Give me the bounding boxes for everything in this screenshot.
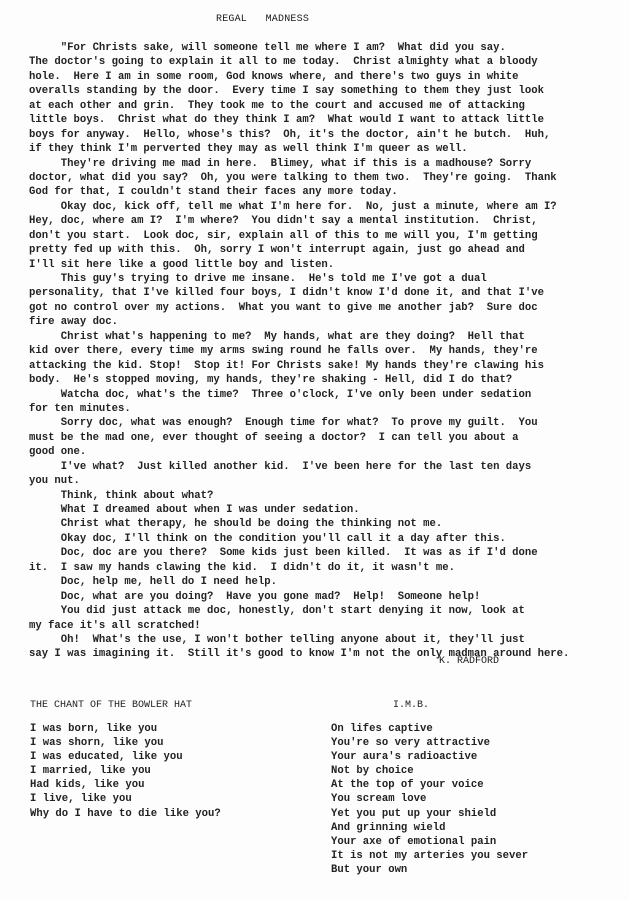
story-line: pretty fed up with this. Oh, sorry I won… [29,243,629,257]
poem-left-line: I live, like you [30,792,221,806]
poem-right-line: And grinning wield [331,821,528,835]
story-line: Doc, help me, hell do I need help. [29,575,629,589]
poem-left-line: Why do I have to die like you? [30,807,221,821]
story-line: Sorry doc, what was enough? Enough time … [29,416,629,430]
poem-right-line: Yet you put up your shield [331,807,528,821]
story-line: hole. Here I am in some room, God knows … [29,70,629,84]
story-line: at each other and grin. They took me to … [29,99,629,113]
story-line: Think, think about what? [29,489,629,503]
story-title: REGAL MADNESS [216,14,309,25]
poem-left-line: I was educated, like you [30,750,221,764]
poem-right-title: I.M.B. [393,700,429,711]
story-body: "For Christs sake, will someone tell me … [29,41,629,662]
story-line: Oh! What's the use, I won't bother telli… [29,633,629,647]
poem-right-line: Not by choice [331,764,528,778]
story-line: The doctor's going to explain it all to … [29,55,629,69]
poem-right-line: You're so very attractive [331,736,528,750]
story-line: "For Christs sake, will someone tell me … [29,41,629,55]
story-line: kid over there, every time my arms swing… [29,344,629,358]
poem-left-line: I was shorn, like you [30,736,221,750]
story-line: fire away doc. [29,315,629,329]
story-line: Okay doc, I'll think on the condition yo… [29,532,629,546]
story-line: This guy's trying to drive me insane. He… [29,272,629,286]
story-line: Hey, doc, where am I? I'm where? You did… [29,214,629,228]
story-line: you nut. [29,474,629,488]
story-line: good one. [29,445,629,459]
story-line: my face it's all scratched! [29,619,629,633]
story-line: Christ what therapy, he should be doing … [29,517,629,531]
poem-right-line: At the top of your voice [331,778,528,792]
story-line: say I was imagining it. Still it's good … [29,647,629,661]
story-line: attacking the kid. Stop! Stop it! For Ch… [29,359,629,373]
poem-left-line: I married, like you [30,764,221,778]
story-line: for ten minutes. [29,402,629,416]
poem-right-body: On lifes captiveYou're so very attractiv… [331,722,528,877]
poem-left-body: I was born, like youI was shorn, like yo… [30,722,221,821]
story-line: little boys. Christ what do they think I… [29,113,629,127]
author-signature: K. RADFORD [439,656,499,667]
story-line: overalls standing by the door. Every tim… [29,84,629,98]
story-line: it. I saw my hands clawing the kid. I di… [29,561,629,575]
story-line: I'll sit here like a good little boy and… [29,258,629,272]
poem-left-title: THE CHANT OF THE BOWLER HAT [30,700,192,711]
story-line: Doc, doc are you there? Some kids just b… [29,546,629,560]
story-line: boys for anyway. Hello, whose's this? Oh… [29,128,629,142]
poem-left-line: Had kids, like you [30,778,221,792]
story-line: must be the mad one, ever thought of see… [29,431,629,445]
story-line: don't you start. Look doc, sir, explain … [29,229,629,243]
document-page: REGAL MADNESS "For Christs sake, will so… [0,0,629,900]
story-line: if they think I'm perverted they may as … [29,142,629,156]
poem-right-line: But your own [331,863,528,877]
story-line: God for that, I couldn't stand their fac… [29,185,629,199]
story-line: doctor, what did you say? Oh, you were t… [29,171,629,185]
story-line: got no control over my actions. What you… [29,301,629,315]
story-line: Watcha doc, what's the time? Three o'clo… [29,388,629,402]
story-line: Okay doc, kick off, tell me what I'm her… [29,200,629,214]
poem-right-line: You scream love [331,792,528,806]
story-line: I've what? Just killed another kid. I've… [29,460,629,474]
poem-right-line: Your aura's radioactive [331,750,528,764]
poem-right-line: On lifes captive [331,722,528,736]
story-line: Doc, what are you doing? Have you gone m… [29,590,629,604]
story-line: body. He's stopped moving, my hands, the… [29,373,629,387]
story-line: They're driving me mad in here. Blimey, … [29,157,629,171]
poem-left-line: I was born, like you [30,722,221,736]
story-line: What I dreamed about when I was under se… [29,503,629,517]
poem-right-line: Your axe of emotional pain [331,835,528,849]
story-line: Christ what's happening to me? My hands,… [29,330,629,344]
poem-right-line: It is not my arteries you sever [331,849,528,863]
story-line: personality, that I've killed four boys,… [29,286,629,300]
story-line: You did just attack me doc, honestly, do… [29,604,629,618]
